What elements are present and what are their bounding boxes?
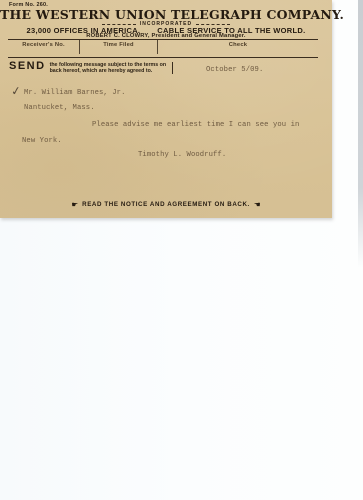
check-header: Check (158, 40, 318, 54)
table-bottom-rule (8, 57, 318, 58)
company-name: THE WESTERN UNION TELEGRAPH COMPANY. (0, 7, 332, 22)
message-line-1: Please advise me earliest time I can see… (92, 121, 299, 129)
telegram-paper: Form No. 260. THE WESTERN UNION TELEGRAP… (0, 0, 332, 218)
recipient-address: Nantucket, Mass. (24, 104, 95, 112)
scan-background: Form No. 260. THE WESTERN UNION TELEGRAP… (0, 0, 363, 500)
footer-notice-text: READ THE NOTICE AND AGREEMENT ON BACK. (82, 201, 250, 208)
footer-notice: ☛ READ THE NOTICE AND AGREEMENT ON BACK.… (0, 201, 332, 208)
pointing-hand-right-icon: ☛ (71, 201, 78, 208)
pointing-hand-left-icon: ☚ (254, 201, 261, 208)
time-filed-header: Time Filed (80, 40, 158, 54)
send-clause-line1: the following message subject to the ter… (50, 62, 159, 68)
scanner-edge (358, 0, 363, 268)
receivers-no-header: Receiver's No. (8, 40, 80, 54)
clause-end-bar (172, 62, 173, 74)
message-line-2: New York. (22, 137, 62, 145)
pencil-check-icon: ✓ (10, 83, 22, 98)
send-label: SEND (9, 61, 46, 72)
send-block: SEND the following message subject to th… (9, 61, 173, 74)
table-header-row: Receiver's No. Time Filed Check (8, 40, 318, 54)
incorporated-dash-right (196, 24, 230, 25)
signature: Timothy L. Woodruff. (138, 151, 226, 159)
incorporated-dash-left (102, 24, 136, 25)
typed-date: October 5/09. (206, 66, 263, 74)
send-clause: the following message subject to the ter… (50, 62, 170, 74)
recipient-name: Mr. William Barnes, Jr. (24, 89, 126, 97)
